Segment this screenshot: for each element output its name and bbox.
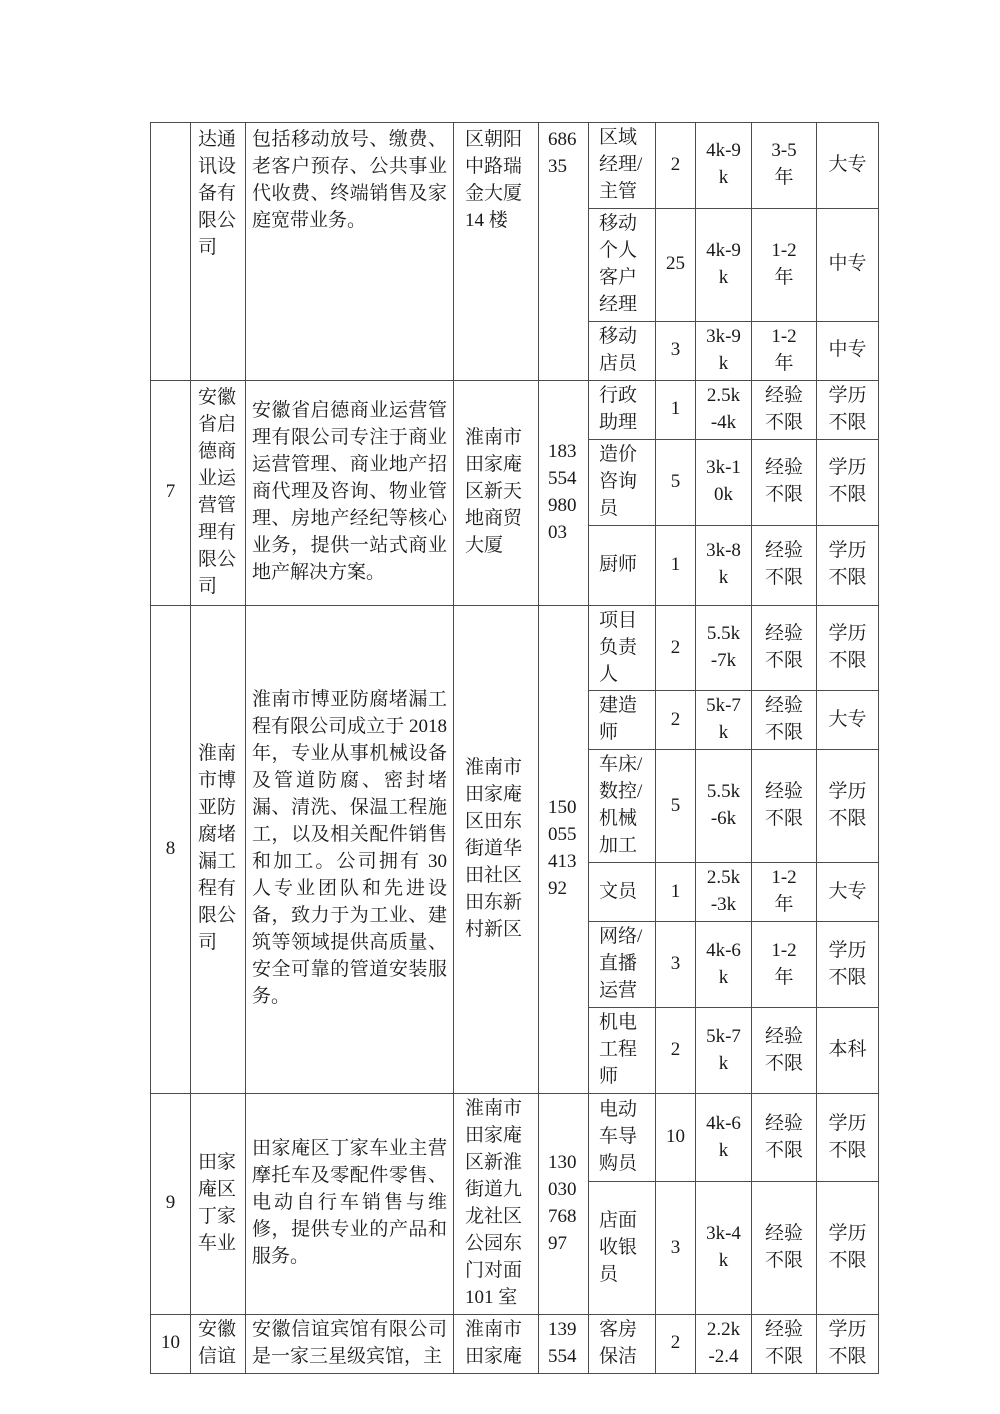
company-name-cell: 达通讯设备有限公司 bbox=[191, 123, 246, 381]
job-salary-cell: 3k-8k bbox=[696, 525, 752, 605]
job-title-cell: 文员 bbox=[589, 863, 656, 922]
job-openings-cell: 10 bbox=[656, 1094, 696, 1182]
job-experience-cell: 1-2年 bbox=[752, 321, 817, 380]
job-education-cell: 学历不限 bbox=[817, 380, 879, 439]
company-description-cell: 安徽信谊宾馆有限公司是一家三星级宾馆，主 bbox=[246, 1314, 454, 1373]
job-education-cell: 学历不限 bbox=[817, 605, 879, 691]
job-openings-cell: 2 bbox=[656, 1008, 696, 1094]
job-experience-cell: 经验不限 bbox=[752, 605, 817, 691]
job-title-cell: 店面收银员 bbox=[589, 1182, 656, 1315]
company-name-cell: 安徽信谊 bbox=[191, 1314, 246, 1373]
company-name-cell: 安徽省启德商业运营管理有限公司 bbox=[191, 380, 246, 605]
job-education-cell: 学历不限 bbox=[817, 1314, 879, 1373]
table-row: 8 淮南市博亚防腐堵漏工程有限公司 淮南市博亚防腐堵漏工程有限公司成立于 201… bbox=[151, 605, 879, 691]
company-number-cell: 7 bbox=[151, 380, 191, 605]
job-experience-cell: 经验不限 bbox=[752, 380, 817, 439]
job-openings-cell: 2 bbox=[656, 1314, 696, 1373]
job-experience-cell: 经验不限 bbox=[752, 1314, 817, 1373]
job-title-cell: 厨师 bbox=[589, 525, 656, 605]
table-row: 9 田家庵区丁家车业 田家庵区丁家车业主营摩托车及零配件零售、电动自行车销售与维… bbox=[151, 1094, 879, 1182]
job-openings-cell: 5 bbox=[656, 750, 696, 863]
table-row: 7 安徽省启德商业运营管理有限公司 安徽省启德商业运营管理有限公司专注于商业运营… bbox=[151, 380, 879, 439]
job-salary-cell: 3k-9k bbox=[696, 321, 752, 380]
job-salary-cell: 5.5k-6k bbox=[696, 750, 752, 863]
job-salary-cell: 4k-6k bbox=[696, 922, 752, 1008]
job-education-cell: 学历不限 bbox=[817, 525, 879, 605]
job-education-cell: 学历不限 bbox=[817, 1182, 879, 1315]
job-openings-cell: 1 bbox=[656, 863, 696, 922]
job-education-cell: 大专 bbox=[817, 863, 879, 922]
company-address-cell: 淮南市田家庵区新天地商贸大厦 bbox=[454, 380, 539, 605]
job-salary-cell: 2.5k-3k bbox=[696, 863, 752, 922]
job-salary-cell: 2.5k-4k bbox=[696, 380, 752, 439]
job-experience-cell: 经验不限 bbox=[752, 1182, 817, 1315]
job-title-cell: 移动店员 bbox=[589, 321, 656, 380]
company-number-cell bbox=[151, 123, 191, 381]
job-experience-cell: 经验不限 bbox=[752, 1094, 817, 1182]
job-experience-cell: 经验不限 bbox=[752, 691, 817, 750]
job-education-cell: 大专 bbox=[817, 123, 879, 209]
job-title-cell: 移动个人客户经理 bbox=[589, 208, 656, 321]
company-name-cell: 田家庵区丁家车业 bbox=[191, 1094, 246, 1315]
job-title-cell: 网络/直播运营 bbox=[589, 922, 656, 1008]
job-title-cell: 造价咨询员 bbox=[589, 439, 656, 525]
job-salary-cell: 2.2k-2.4 bbox=[696, 1314, 752, 1373]
job-salary-cell: 3k-10k bbox=[696, 439, 752, 525]
job-salary-cell: 5k-7k bbox=[696, 691, 752, 750]
job-openings-cell: 5 bbox=[656, 439, 696, 525]
job-openings-cell: 1 bbox=[656, 525, 696, 605]
job-salary-cell: 4k-6k bbox=[696, 1094, 752, 1182]
job-education-cell: 学历不限 bbox=[817, 439, 879, 525]
job-salary-cell: 4k-9k bbox=[696, 208, 752, 321]
company-phone-cell: 18355498003 bbox=[539, 380, 589, 605]
job-openings-cell: 3 bbox=[656, 922, 696, 1008]
job-experience-cell: 经验不限 bbox=[752, 750, 817, 863]
company-address-cell: 淮南市田家庵区新淮街道九龙社区公园东门对面101 室 bbox=[454, 1094, 539, 1315]
job-openings-cell: 2 bbox=[656, 123, 696, 209]
job-title-cell: 建造师 bbox=[589, 691, 656, 750]
job-education-cell: 本科 bbox=[817, 1008, 879, 1094]
job-openings-cell: 2 bbox=[656, 605, 696, 691]
job-experience-cell: 3-5年 bbox=[752, 123, 817, 209]
job-experience-cell: 经验不限 bbox=[752, 1008, 817, 1094]
company-phone-cell: 68635 bbox=[539, 123, 589, 381]
document-page: 达通讯设备有限公司 包括移动放号、缴费、老客户预存、公共事业代收费、终端销售及家… bbox=[0, 0, 1000, 1414]
job-title-cell: 区域经理/主管 bbox=[589, 123, 656, 209]
job-experience-cell: 经验不限 bbox=[752, 439, 817, 525]
job-salary-cell: 5k-7k bbox=[696, 1008, 752, 1094]
job-education-cell: 学历不限 bbox=[817, 922, 879, 1008]
company-description-cell: 田家庵区丁家车业主营摩托车及零配件零售、电动自行车销售与维修，提供专业的产品和服… bbox=[246, 1094, 454, 1315]
company-phone-cell: 15005541392 bbox=[539, 605, 589, 1093]
job-title-cell: 车床/数控/机械加工 bbox=[589, 750, 656, 863]
job-openings-cell: 1 bbox=[656, 380, 696, 439]
job-education-cell: 中专 bbox=[817, 208, 879, 321]
company-description-cell: 安徽省启德商业运营管理有限公司专注于商业运营管理、商业地产招商代理及咨询、物业管… bbox=[246, 380, 454, 605]
company-description-cell: 包括移动放号、缴费、老客户预存、公共事业代收费、终端销售及家庭宽带业务。 bbox=[246, 123, 454, 381]
company-address-cell: 淮南市田家庵区田东街道华田社区田东新村新区 bbox=[454, 605, 539, 1093]
company-number-cell: 8 bbox=[151, 605, 191, 1093]
table-row: 达通讯设备有限公司 包括移动放号、缴费、老客户预存、公共事业代收费、终端销售及家… bbox=[151, 123, 879, 209]
job-education-cell: 中专 bbox=[817, 321, 879, 380]
job-openings-cell: 2 bbox=[656, 691, 696, 750]
table-row: 10 安徽信谊 安徽信谊宾馆有限公司是一家三星级宾馆，主 淮南市田家庵 1395… bbox=[151, 1314, 879, 1373]
job-title-cell: 电动车导购员 bbox=[589, 1094, 656, 1182]
company-phone-cell: 13003076897 bbox=[539, 1094, 589, 1315]
company-number-cell: 10 bbox=[151, 1314, 191, 1373]
job-title-cell: 机电工程师 bbox=[589, 1008, 656, 1094]
job-salary-cell: 5.5k-7k bbox=[696, 605, 752, 691]
company-description-cell: 淮南市博亚防腐堵漏工程有限公司成立于 2018 年，专业从事机械设备及管道防腐、… bbox=[246, 605, 454, 1093]
job-openings-cell: 3 bbox=[656, 1182, 696, 1315]
recruitment-table: 达通讯设备有限公司 包括移动放号、缴费、老客户预存、公共事业代收费、终端销售及家… bbox=[150, 122, 879, 1374]
job-experience-cell: 1-2年 bbox=[752, 863, 817, 922]
job-experience-cell: 经验不限 bbox=[752, 525, 817, 605]
job-openings-cell: 3 bbox=[656, 321, 696, 380]
job-title-cell: 行政助理 bbox=[589, 380, 656, 439]
job-openings-cell: 25 bbox=[656, 208, 696, 321]
company-address-cell: 区朝阳中路瑞金大厦14 楼 bbox=[454, 123, 539, 381]
job-salary-cell: 3k-4k bbox=[696, 1182, 752, 1315]
job-experience-cell: 1-2年 bbox=[752, 922, 817, 1008]
job-title-cell: 项目负责人 bbox=[589, 605, 656, 691]
job-salary-cell: 4k-9k bbox=[696, 123, 752, 209]
company-number-cell: 9 bbox=[151, 1094, 191, 1315]
company-name-cell: 淮南市博亚防腐堵漏工程有限公司 bbox=[191, 605, 246, 1093]
job-education-cell: 学历不限 bbox=[817, 1094, 879, 1182]
company-phone-cell: 139554 bbox=[539, 1314, 589, 1373]
job-education-cell: 大专 bbox=[817, 691, 879, 750]
job-education-cell: 学历不限 bbox=[817, 750, 879, 863]
job-experience-cell: 1-2年 bbox=[752, 208, 817, 321]
company-address-cell: 淮南市田家庵 bbox=[454, 1314, 539, 1373]
job-title-cell: 客房保洁 bbox=[589, 1314, 656, 1373]
